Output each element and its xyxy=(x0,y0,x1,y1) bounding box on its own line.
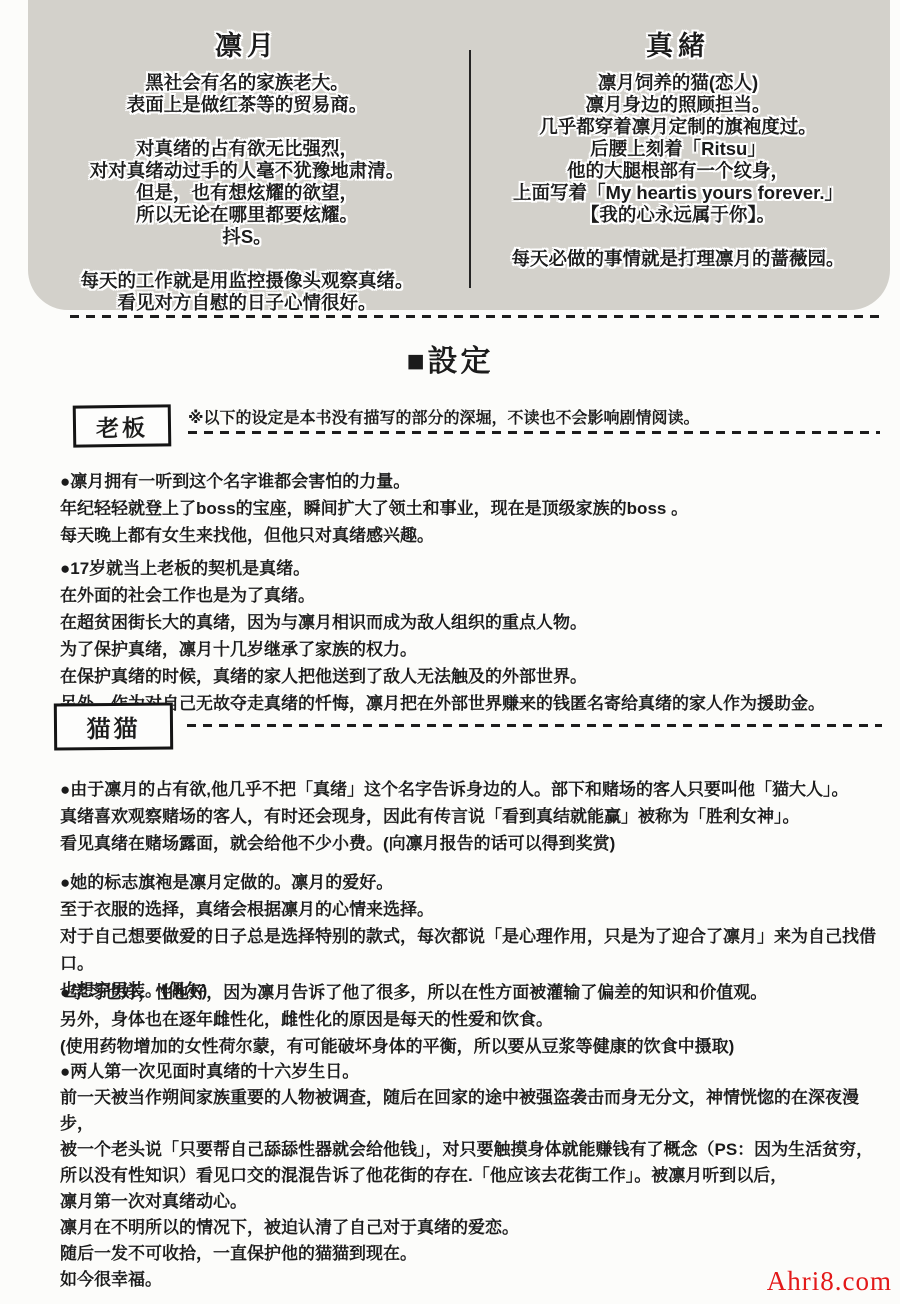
site-watermark: Ahri8.com xyxy=(767,1266,892,1297)
setting-paragraph-boss-1: ●凛月拥有一听到这个名字谁都会害怕的力量。 年纪轻轻就登上了boss的宝座，瞬间… xyxy=(60,468,886,549)
section-label-box-cat: 猫猫 xyxy=(54,702,173,750)
page-title-settings: ■設定 xyxy=(0,336,900,380)
setting-paragraph-boss-2: ●17岁就当上老板的契机是真绪。 在外面的社会工作也是为了真绪。 在超贫困街长大… xyxy=(60,555,886,717)
section-label-box-boss: 老板 xyxy=(73,404,172,447)
character-bio-left: 黑社会有名的家族老大。 表面上是做红茶等的贸易商。 对真绪的占有欲无比强烈， 对… xyxy=(28,72,466,314)
section-label-boss: 老板 xyxy=(96,409,148,443)
setting-paragraph-cat-3: ●学习也好，性也好，因为凛月告诉了他了很多，所以在性方面被灌输了偏差的知识和价值… xyxy=(60,979,886,1060)
section-label-cat: 猫猫 xyxy=(86,709,140,744)
character-bio-right: 凛月饲养的猫(恋人) 凛月身边的照顾担当。 几乎都穿着凛月定制的旗袍度过。 后腰… xyxy=(468,72,888,270)
character-column-rinzuki: 凛月 黑社会有名的家族老大。 表面上是做红茶等的贸易商。 对真绪的占有欲无比强烈… xyxy=(28,0,466,310)
character-profile-card: 凛月 黑社会有名的家族老大。 表面上是做红茶等的贸易商。 对真绪的占有欲无比强烈… xyxy=(28,0,890,310)
setting-paragraph-cat-4: ●两人第一次见面时真绪的十六岁生日。 前一天被当作朔间家族重要的人物被调查，随后… xyxy=(60,1059,886,1293)
character-name-left: 凛月 xyxy=(28,0,466,63)
dashed-separator-cat xyxy=(187,724,882,727)
character-column-mao: 真緒 凛月饲养的猫(恋人) 凛月身边的照顾担当。 几乎都穿着凛月定制的旗袍度过。… xyxy=(468,0,888,310)
dashed-separator-boss xyxy=(188,431,880,434)
character-name-right: 真緒 xyxy=(468,0,888,63)
setting-paragraph-cat-1: ●由于凛月的占有欲,他几乎不把「真绪」这个名字告诉身边的人。部下和赌场的客人只要… xyxy=(60,776,886,857)
section-note-disclaimer: ※以下的设定是本书没有描写的部分的深堀，不读也不会影响剧情阅读。 xyxy=(188,405,700,428)
scanned-document-page: 凛月 黑社会有名的家族老大。 表面上是做红茶等的贸易商。 对真绪的占有欲无比强烈… xyxy=(0,0,900,1304)
dashed-separator-top xyxy=(70,315,882,318)
